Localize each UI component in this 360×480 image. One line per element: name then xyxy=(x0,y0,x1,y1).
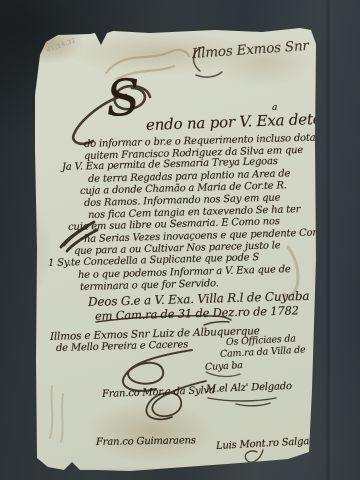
manuscript-photo: 41.14.32 Illmos Exmos Snr S endo na por … xyxy=(0,0,360,480)
signature: Luis Mont.ro Salgado xyxy=(216,435,322,451)
manuscript-paper: 41.14.32 Illmos Exmos Snr S endo na por … xyxy=(0,0,360,480)
salutation: Illmos Exmos Snr xyxy=(191,38,309,62)
backdrop-fold-crease xyxy=(327,0,333,480)
signature-tail-flourish xyxy=(245,450,263,462)
archival-pencil-mark: 41.14.32 xyxy=(46,37,77,54)
address-line: de Mello Pereira e Caceres xyxy=(56,339,188,354)
signature: Fran.co Mor.a da Sylva xyxy=(102,385,215,400)
signature-underline-flourish xyxy=(208,398,276,406)
ghost-streaks-bottom-left xyxy=(50,386,63,442)
signature: Fran.co Guimaraens xyxy=(96,435,196,448)
opening-superscript: a xyxy=(272,103,277,113)
signature: M.el Alz' Delgado xyxy=(206,381,292,395)
camara-line: Cuya ba xyxy=(205,360,243,373)
opening-initial: S xyxy=(105,72,142,124)
address-paraph-flourish xyxy=(123,350,192,391)
